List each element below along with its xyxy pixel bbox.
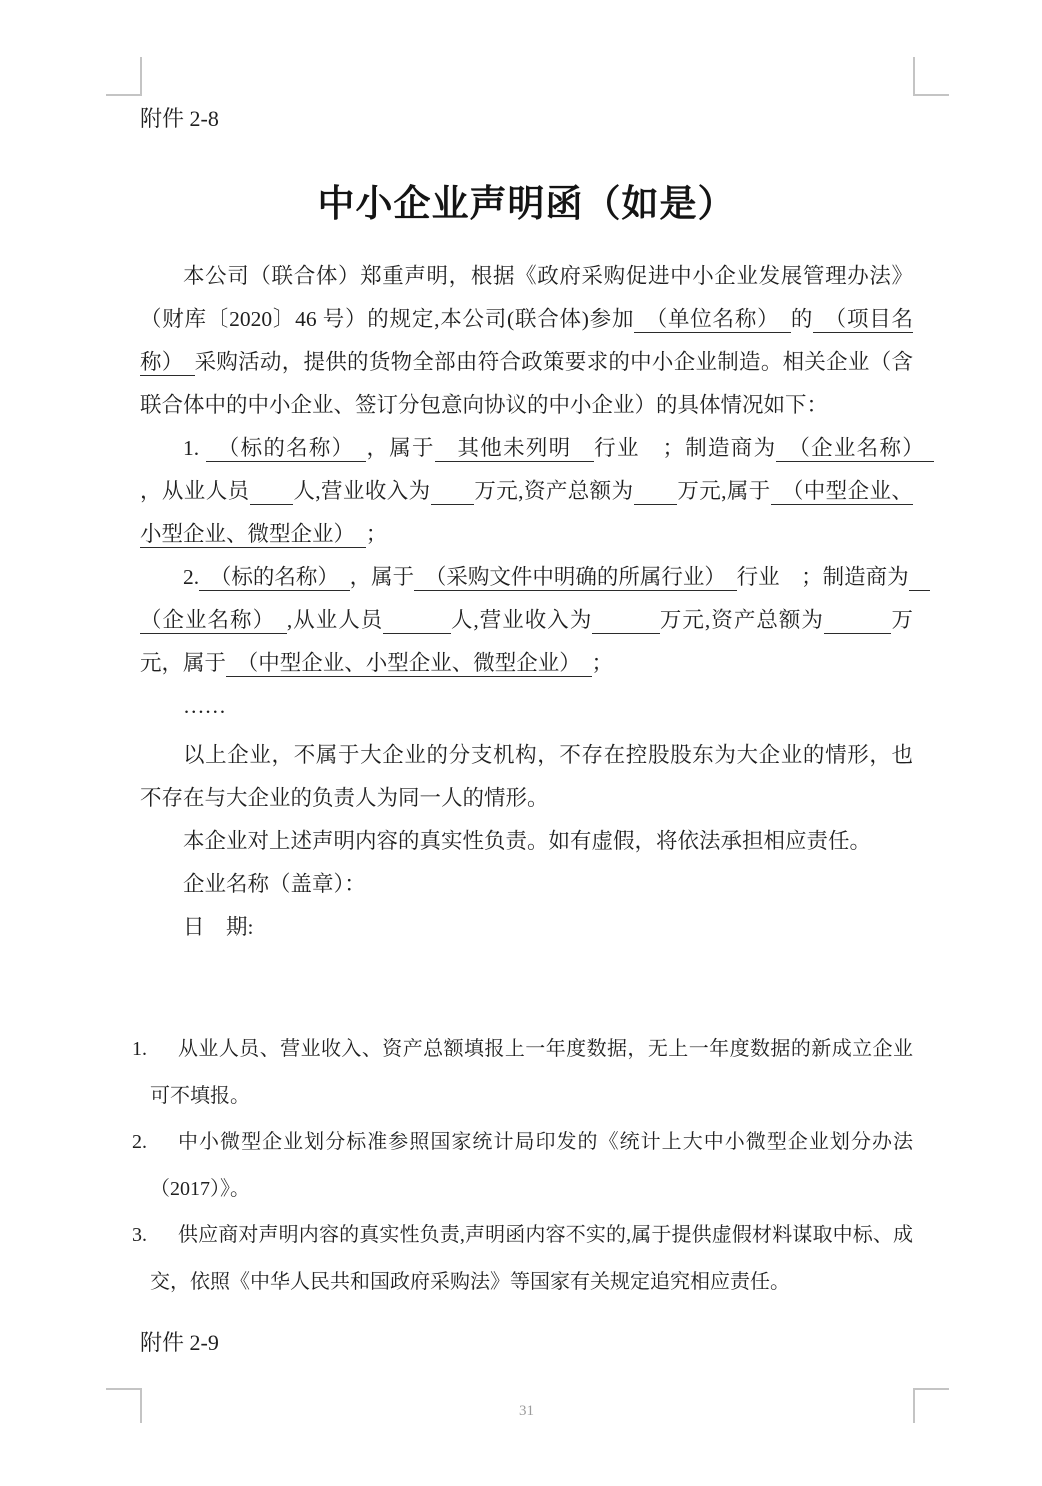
document-page: { "page": { "attachment_top": "附件 2-8", … — [0, 0, 1042, 1486]
fill-in-blank: （单位名称） — [634, 307, 791, 333]
fill-in-blank: （中型企业、小型企业、微型企业） — [226, 651, 592, 677]
text-segment: 人,营业收入为 — [451, 608, 592, 632]
text-segment: 以上企业，不属于大企业的分支机构，不存在控股股东为大企业的情形，也不存在与大企业… — [140, 743, 913, 810]
text-segment: ,从业人员 — [287, 608, 383, 632]
attachment-label-bottom: 附件 2-9 — [140, 1327, 913, 1359]
footnote-item: 2.中小微型企业划分标准参照国家统计局印发的《统计上大中小微型企业划分办法（20… — [140, 1119, 913, 1212]
footnote-number: 2. — [132, 1119, 147, 1166]
text-segment: 企业名称（盖章）： — [183, 872, 366, 896]
text-segment: 人,营业收入为 — [293, 479, 430, 503]
text-segment: …… — [183, 694, 226, 718]
document-title: 中小企业声明函（如是） — [140, 181, 913, 229]
text-segment: 的 — [791, 307, 813, 331]
text-segment: ，属于 — [366, 436, 434, 460]
declaration-body: 本公司（联合体）郑重声明，根据《政府采购促进中小企业发展管理办法》（财库〔202… — [140, 255, 913, 949]
text-segment: 万元,属于 — [677, 479, 770, 503]
footnote-item: 3.供应商对声明内容的真实性负责,声明函内容不实的,属于提供虚假材料谋取中标、成… — [140, 1212, 913, 1305]
body-paragraph: 本公司（联合体）郑重声明，根据《政府采购促进中小企业发展管理办法》（财库〔202… — [140, 255, 913, 427]
text-segment: ，属于 — [350, 565, 415, 589]
footnote-text: 从业人员、营业收入、资产总额填报上一年度数据，无上一年度数据的新成立企业可不填报… — [150, 1038, 913, 1107]
body-paragraph: …… — [140, 685, 913, 728]
fill-in-blank — [824, 608, 892, 634]
fill-in-blank — [431, 479, 475, 505]
page-content: 附件 2-8 中小企业声明函（如是） 本公司（联合体）郑重声明，根据《政府采购促… — [140, 95, 913, 1359]
text-segment: 行业 ；制造商为 — [594, 436, 776, 460]
footnote-number: 1. — [132, 1026, 147, 1073]
fill-in-blank: （采购文件中明确的所属行业） — [414, 565, 737, 591]
text-segment: 2. — [183, 565, 199, 589]
fill-in-blank: （标的名称） — [199, 565, 350, 591]
crop-mark-top-left — [106, 57, 142, 96]
footnote-item: 1.从业人员、营业收入、资产总额填报上一年度数据，无上一年度数据的新成立企业可不… — [140, 1026, 913, 1119]
text-segment: ； — [366, 522, 388, 546]
fill-in-blank: （企业名称） — [776, 436, 934, 462]
footnote-number: 3. — [132, 1212, 147, 1259]
fill-in-blank: （标的名称） — [206, 436, 367, 462]
fill-in-blank — [250, 479, 294, 505]
text-segment: 万元,资产总额为 — [474, 479, 633, 503]
body-paragraph: 企业名称（盖章）： — [140, 863, 913, 906]
text-segment: 1. — [183, 436, 206, 460]
fill-in-blank — [383, 608, 451, 634]
body-paragraph: 1. （标的名称） ，属于 其他未列明 行业 ；制造商为 （企业名称） ，从业人… — [140, 427, 913, 556]
body-paragraph: 以上企业，不属于大企业的分支机构，不存在控股股东为大企业的情形，也不存在与大企业… — [140, 734, 913, 820]
text-segment: 采购活动，提供的货物全部由符合政策要求的中小企业制造。相关企业（含联合体中的中小… — [140, 350, 913, 417]
text-segment: ，从业人员 — [140, 479, 250, 503]
crop-mark-bottom-right — [913, 1388, 949, 1423]
text-segment: 行业 ；制造商为 — [737, 565, 909, 589]
footnotes-list: 1.从业人员、营业收入、资产总额填报上一年度数据，无上一年度数据的新成立企业可不… — [140, 1026, 913, 1305]
text-segment: 日 期: — [183, 915, 253, 939]
body-paragraph: 本企业对上述声明内容的真实性负责。如有虚假，将依法承担相应责任。 — [140, 820, 913, 863]
crop-mark-bottom-left — [106, 1388, 142, 1423]
fill-in-blank — [634, 479, 678, 505]
attachment-label-top: 附件 2-8 — [140, 103, 913, 135]
text-segment: 本企业对上述声明内容的真实性负责。如有虚假，将依法承担相应责任。 — [183, 829, 871, 853]
fill-in-blank: 其他未列明 — [435, 436, 594, 462]
fill-in-blank — [592, 608, 660, 634]
page-number: 31 — [140, 1403, 913, 1420]
body-paragraph: 2. （标的名称） ，属于 （采购文件中明确的所属行业） 行业 ；制造商为 （企… — [140, 556, 913, 685]
text-segment: ； — [592, 651, 614, 675]
body-paragraph: 日 期: — [140, 906, 913, 949]
footnote-text: 中小微型企业划分标准参照国家统计局印发的《统计上大中小微型企业划分办法（2017… — [150, 1131, 913, 1200]
crop-mark-top-right — [913, 57, 949, 96]
footnote-text: 供应商对声明内容的真实性负责,声明函内容不实的,属于提供虚假材料谋取中标、成交，… — [150, 1224, 913, 1293]
text-segment: 万元,资产总额为 — [660, 608, 824, 632]
